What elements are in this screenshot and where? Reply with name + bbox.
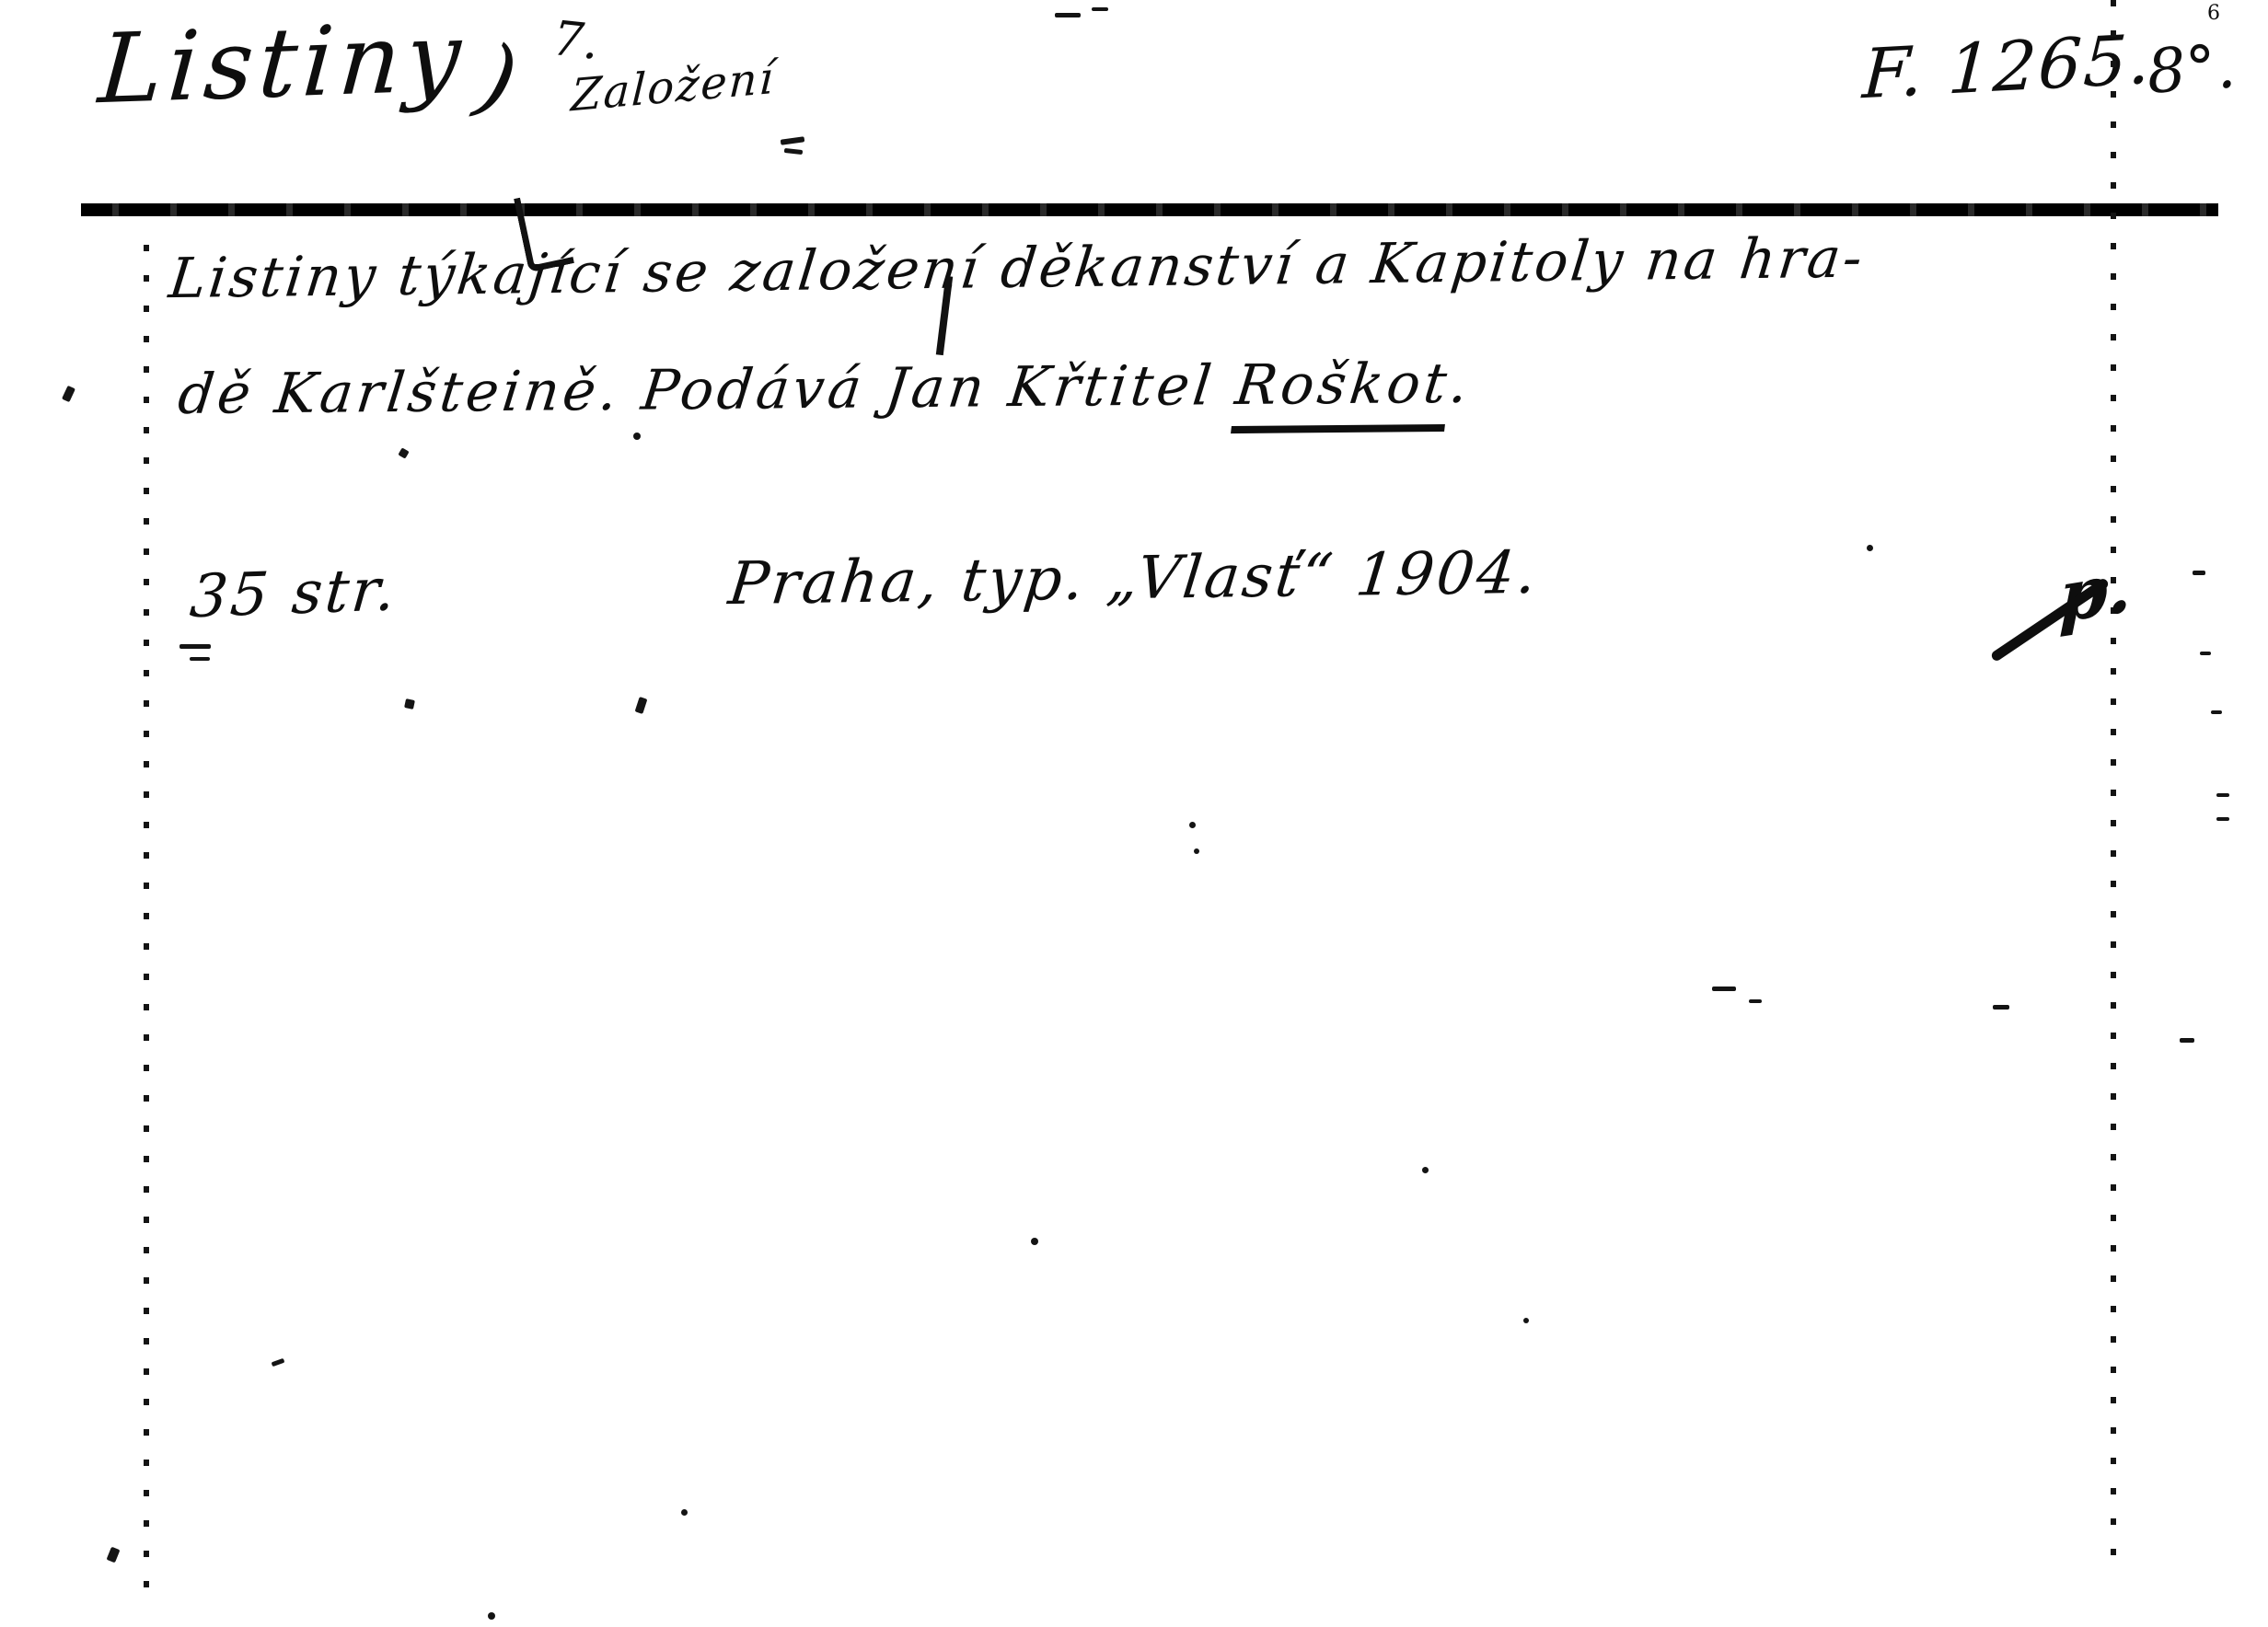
left-dotted-border — [144, 245, 149, 1596]
ink-speck — [635, 697, 648, 714]
ink-speck — [1712, 987, 1736, 991]
insertion-number-mark: 7. — [550, 11, 602, 71]
author-name: Roškot — [1231, 352, 1454, 433]
ink-speck — [1993, 1005, 2009, 1010]
ink-speck — [398, 447, 409, 458]
ink-speck — [2200, 652, 2211, 655]
ink-speck — [1749, 999, 1762, 1003]
ink-speck — [404, 698, 415, 710]
ink-speck — [190, 657, 210, 661]
card-heading: Listiny — [95, 0, 469, 125]
catalog-card: Listiny ) 7. Založení F. 1265. 8°. 6 Lis… — [0, 0, 2268, 1627]
header-rule — [81, 203, 2218, 216]
ink-speck — [781, 136, 805, 145]
ink-speck — [179, 644, 211, 649]
pages-count: 35 str. — [188, 556, 401, 631]
card-subheading: Založení — [570, 52, 776, 122]
ink-speck — [2211, 710, 2222, 714]
ink-speck — [1194, 848, 1199, 854]
ink-speck — [1092, 7, 1108, 11]
ink-speck — [784, 148, 803, 155]
ink-speck — [1422, 1167, 1429, 1173]
ink-speck — [1055, 13, 1081, 17]
ink-speck — [2216, 817, 2229, 821]
ink-speck — [488, 1612, 495, 1620]
ink-speck — [633, 433, 641, 440]
imprint: Praha, typ. „Vlasť“ 1904. — [725, 539, 1543, 618]
ink-speck — [2216, 793, 2229, 797]
corner-mark: 6 — [2207, 2, 2220, 25]
ink-speck — [1189, 822, 1196, 828]
ink-speck — [2180, 1038, 2194, 1043]
title-entry-line2-prefix: dě Karlšteině. Podává Jan Křtitel — [175, 353, 1240, 427]
ink-speck — [62, 386, 75, 402]
ink-speck — [107, 1547, 121, 1564]
ink-speck — [1867, 545, 1873, 551]
title-entry-line2: dě Karlšteině. Podává Jan Křtitel Roškot… — [175, 352, 1475, 427]
ink-speck — [2193, 571, 2205, 575]
insertion-paren-mark: ) — [469, 24, 526, 133]
title-entry-line1: Listiny týkající se založení děkanství a… — [166, 226, 1868, 312]
ink-speck — [1031, 1238, 1038, 1245]
ink-speck — [681, 1509, 688, 1516]
shelfmark-format: 8°. — [2145, 30, 2238, 108]
ink-speck — [1523, 1318, 1529, 1323]
right-dotted-border — [2111, 0, 2116, 1569]
ink-speck — [272, 1358, 285, 1367]
